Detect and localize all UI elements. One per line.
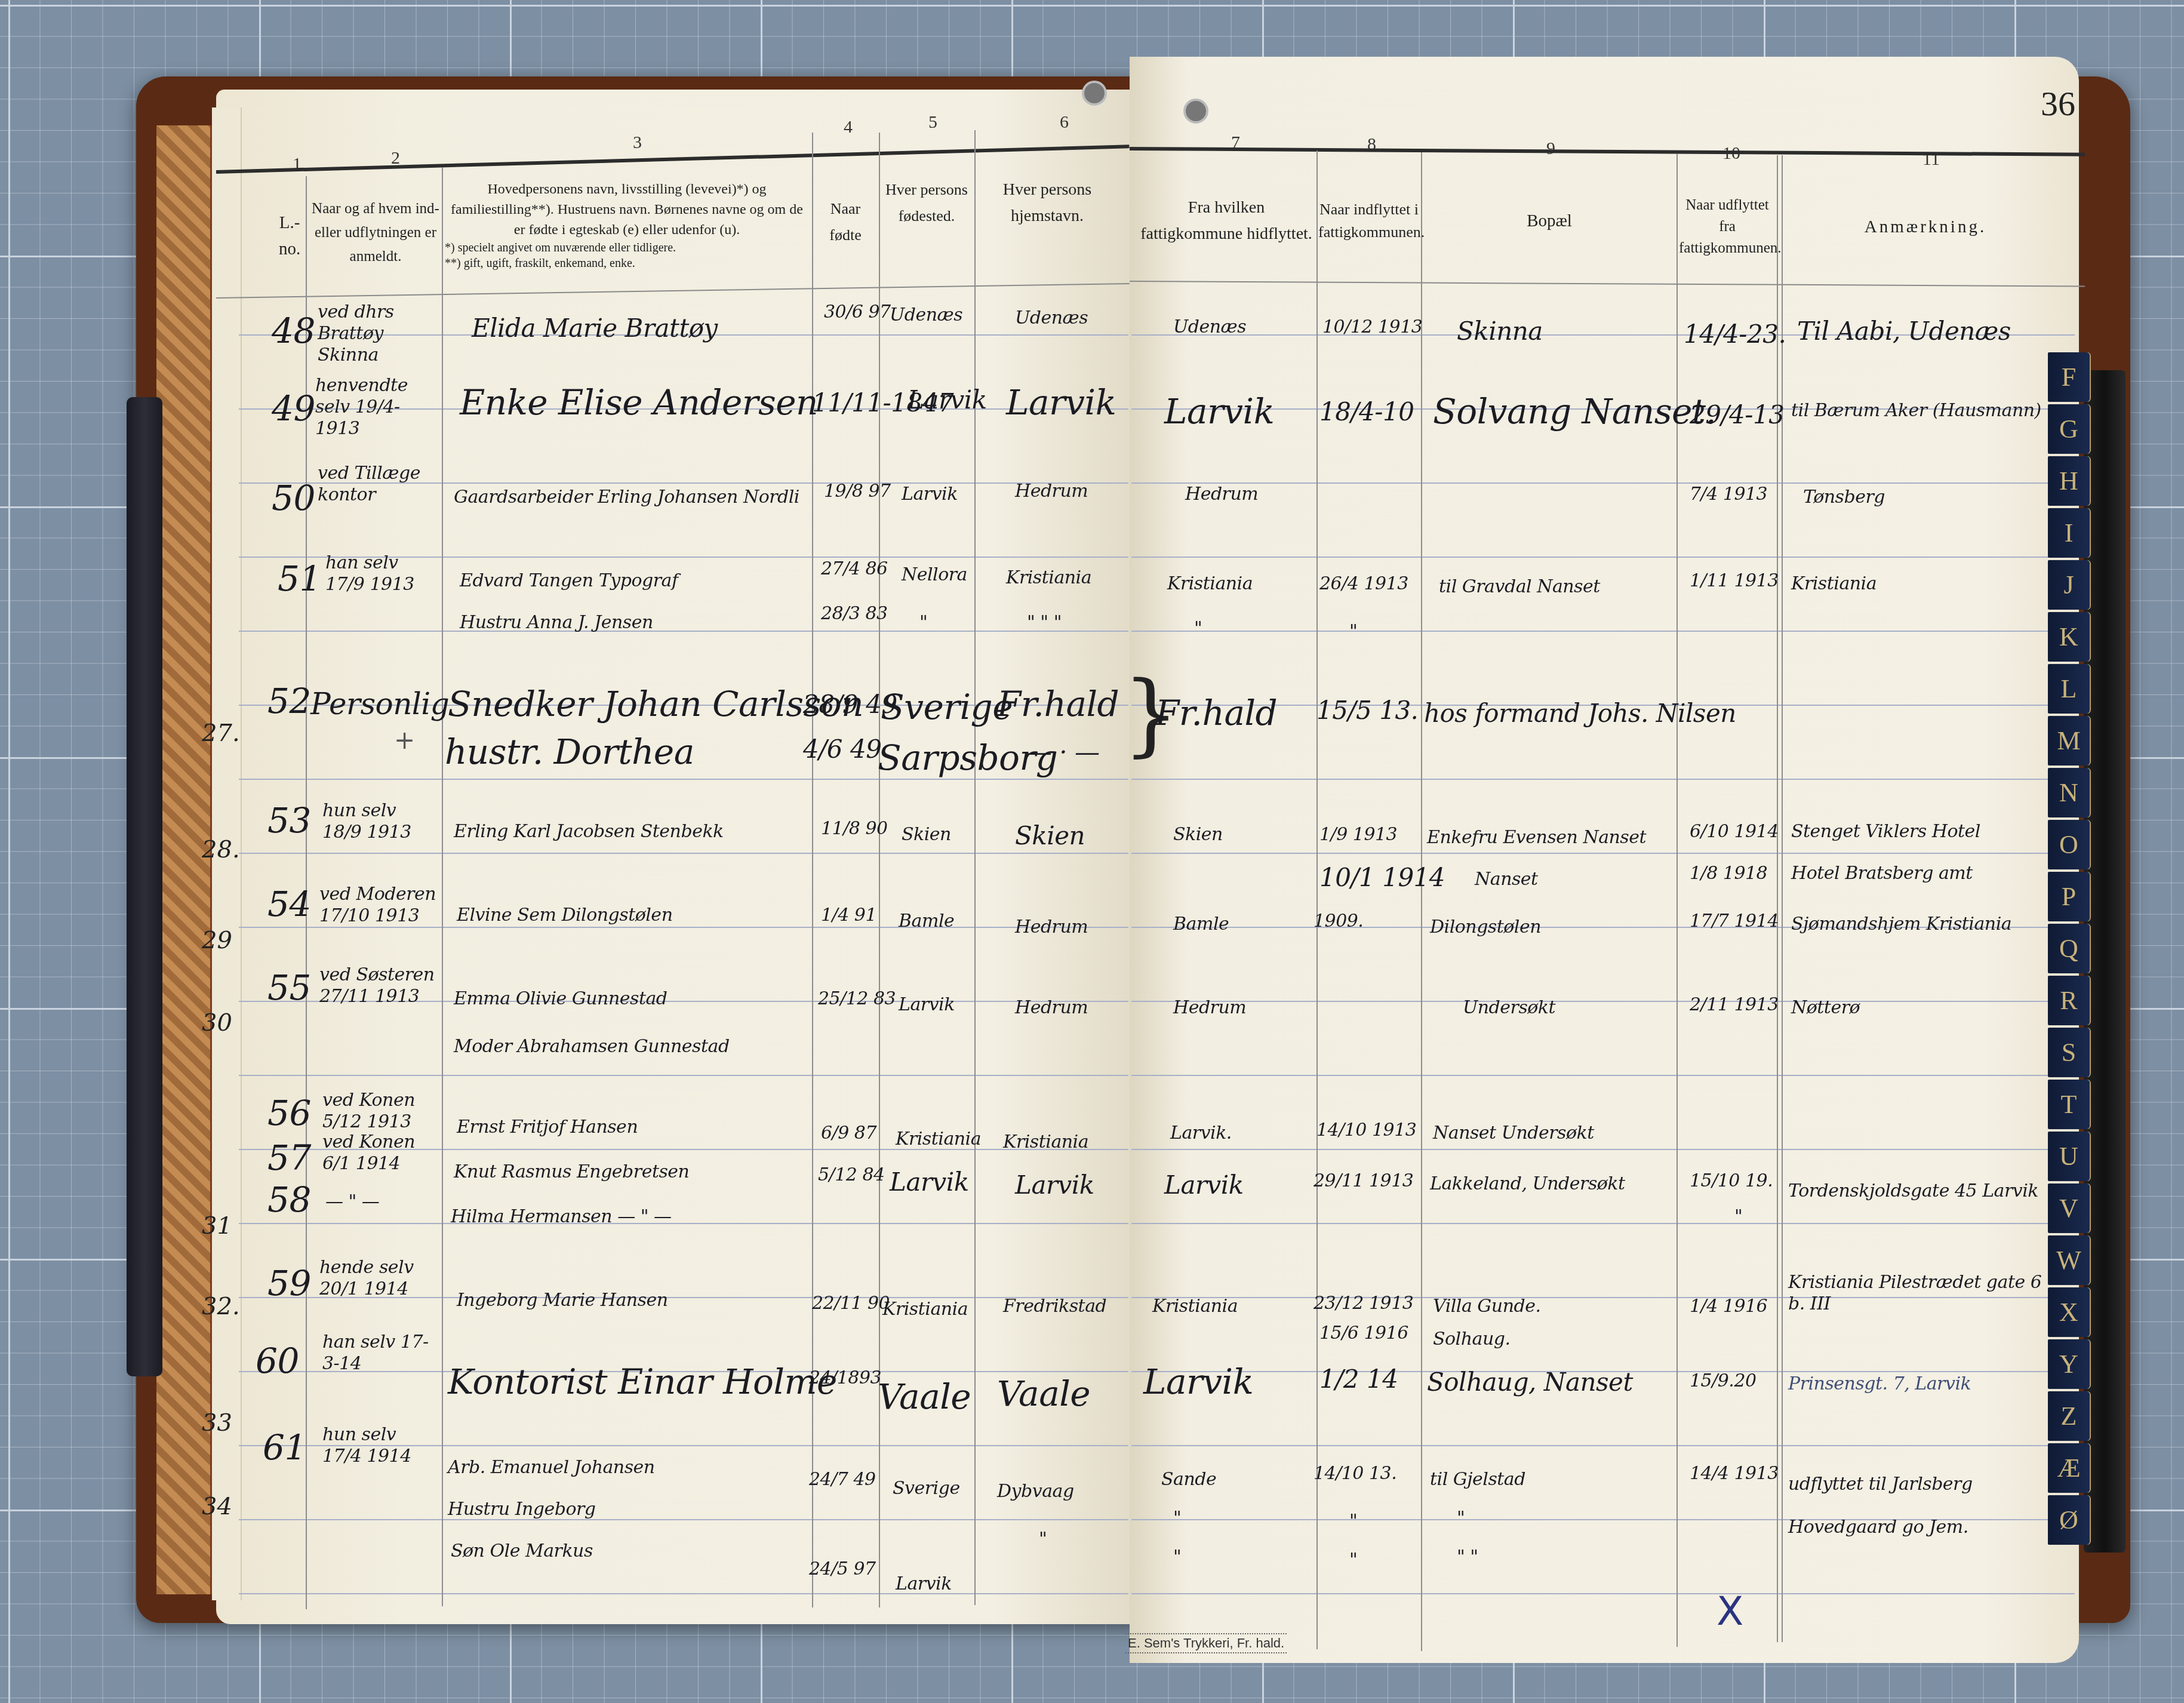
entry-moved-out: 15/10 19. xyxy=(1690,1170,1773,1192)
entry-reported: hende selv 20/1 1914 xyxy=(319,1257,439,1300)
printer-imprint: E. Sem's Trykkeri, Fr. hald. xyxy=(1125,1633,1287,1653)
entry-moved-out-2: 1/8 1918 xyxy=(1690,863,1767,884)
index-tab-l[interactable]: L xyxy=(2048,664,2090,714)
entry-hometown: Vaale xyxy=(997,1373,1090,1414)
margin-number: 34 xyxy=(202,1493,232,1520)
entry-remark: Prinsensgt. 7, Larvik xyxy=(1788,1373,1971,1395)
entry-reported: henvendte selv 19/4-1913 xyxy=(315,375,441,439)
margin-number: 31 xyxy=(202,1212,232,1240)
margin-number: 30 xyxy=(202,1009,232,1037)
entry-born: 11/8 90 xyxy=(821,818,888,840)
margin-number: 28. xyxy=(202,836,240,863)
entry-reported: — " — xyxy=(325,1191,379,1213)
index-tab-x[interactable]: X xyxy=(2048,1287,2090,1337)
entry-residence: Undersøkt xyxy=(1463,997,1555,1019)
entry-moved-in: 15/5 13. xyxy=(1316,696,1418,725)
entry-moved-out: 2/11 1913 xyxy=(1690,994,1779,1016)
entry-birthplace-3: Larvik xyxy=(896,1573,952,1595)
column-divider xyxy=(442,167,443,1606)
entry-no: 53 xyxy=(267,800,311,841)
index-tab-g[interactable]: G xyxy=(2048,404,2090,454)
entry-reported: ved Tillæge kontor xyxy=(318,463,437,506)
entry-residence: til Gjelstad xyxy=(1430,1469,1525,1490)
entry-residence: Skinna xyxy=(1457,316,1543,346)
entry-moved-out: 1/11 1913 xyxy=(1690,570,1779,592)
entry-birthplace: Kristiania xyxy=(882,1299,968,1320)
entry-born: 6/9 87 xyxy=(821,1123,876,1144)
entry-remark: til Bærum Aker (Hausmann) xyxy=(1791,400,2041,422)
entry-name: Hilma Hermansen — " — xyxy=(451,1206,672,1228)
index-tab-k[interactable]: K xyxy=(2048,612,2090,662)
entry-moved-out: 17/7 1914 xyxy=(1690,911,1779,932)
entry-remark: Sjømandshjem Kristiania xyxy=(1791,914,2011,935)
entry-residence: Lakkeland, Undersøkt xyxy=(1430,1173,1625,1195)
entry-born: 30/6 97 xyxy=(824,302,891,323)
index-tab-ae[interactable]: Æ xyxy=(2048,1443,2090,1493)
entry-hometown: Larvik xyxy=(1015,1170,1094,1200)
entry-from: Kristiania xyxy=(1167,573,1253,595)
entry-reported: ved dhrs Brattøy Skinna xyxy=(318,302,437,366)
entry-remark: Stenget Viklers Hotel xyxy=(1791,821,1980,843)
entry-no: 52 xyxy=(267,681,311,721)
index-tab-y[interactable]: Y xyxy=(2048,1339,2090,1389)
index-tab-j[interactable]: J xyxy=(2048,560,2090,610)
entry-hometown: Hedrum xyxy=(1015,917,1088,938)
header-moved-out: Naar udflyttet fra fattigkommunen. xyxy=(1679,167,1776,287)
entry-name-2: Hustru Anna J. Jensen xyxy=(460,612,653,634)
entry-reported: Personlig xyxy=(310,687,449,721)
entry-reported: hun selv 17/4 1914 xyxy=(322,1424,436,1467)
entry-moved-in: 1/9 1913 xyxy=(1319,824,1397,846)
entry-hometown: Fr.hald xyxy=(997,684,1119,724)
entry-born-2: 4/6 49 xyxy=(803,734,881,764)
index-tab-m[interactable]: M xyxy=(2048,716,2090,766)
entry-no: 61 xyxy=(263,1427,306,1468)
entry-from: Udenæs xyxy=(1173,316,1246,338)
index-tab-i[interactable]: I xyxy=(2048,508,2090,558)
entry-birthplace: Larvik xyxy=(890,1167,969,1197)
entry-birthplace: Larvik xyxy=(902,484,958,505)
entry-no: 50 xyxy=(272,478,315,518)
index-tab-v[interactable]: V xyxy=(2048,1184,2090,1233)
margin-number: 32. xyxy=(202,1293,240,1320)
entry-remark: Tønsberg xyxy=(1803,487,1885,508)
entry-moved-out: 29/4-13 xyxy=(1690,400,1784,429)
entry-reported: ved Søsteren 27/11 1913 xyxy=(319,964,439,1007)
entry-remark: udflyttet til Jarlsberg Hovedgaard go Je… xyxy=(1788,1463,2045,1549)
entry-hometown-2: " " " xyxy=(1027,612,1062,634)
entry-from: Hedrum xyxy=(1173,997,1246,1019)
entry-birthplace: Sverige xyxy=(893,1478,960,1499)
entry-hometown: Hedrum xyxy=(1015,481,1088,502)
entry-reported: ved Konen 5/12 1913 xyxy=(322,1090,436,1133)
index-tab-f[interactable]: F xyxy=(2048,352,2090,402)
entry-moved-out: 14/4-23. xyxy=(1684,319,1786,349)
entry-from-2: " xyxy=(1173,1508,1181,1529)
entry-birthplace: Kristiania xyxy=(896,1129,981,1150)
entry-born: 1/4 91 xyxy=(821,905,876,926)
column-number: 5 xyxy=(928,112,937,133)
entry-moved-out: 1/4 1916 xyxy=(1690,1296,1767,1317)
binding-rivet xyxy=(1082,81,1107,106)
index-tab-n[interactable]: N xyxy=(2048,768,2090,817)
entry-hometown-2: " xyxy=(1039,1529,1047,1550)
entry-no: 48 xyxy=(272,311,315,351)
entry-hometown: Larvik xyxy=(1006,382,1116,423)
entry-no: 56 xyxy=(267,1093,311,1133)
entry-birthplace: Sverige xyxy=(881,687,1013,727)
entry-name: Erling Karl Jacobsen Stenbekk xyxy=(454,821,724,843)
index-tab-o[interactable]: O xyxy=(2048,820,2090,869)
header-from-municipality: Fra hvilken fattigkommune hidflyttet. xyxy=(1137,161,1315,281)
entry-name: Knut Rasmus Engebretsen xyxy=(454,1161,689,1183)
entry-no: 54 xyxy=(267,884,311,924)
column-number: 4 xyxy=(844,117,853,137)
entry-moved-out: 6/10 1914 xyxy=(1690,821,1779,843)
column-divider xyxy=(1316,150,1318,1649)
header-hometown: Hver persons hjemstavn. xyxy=(976,143,1119,263)
index-tab-p[interactable]: P xyxy=(2048,872,2090,921)
column-number: 3 xyxy=(633,133,642,153)
entry-moved-in: 23/12 1913 xyxy=(1314,1293,1413,1314)
column-divider xyxy=(1421,152,1422,1651)
column-number: 9 xyxy=(1546,139,1555,159)
entry-from: Hedrum xyxy=(1185,484,1258,505)
entry-name-2: Moder Abrahamsen Gunnestad xyxy=(454,1036,730,1058)
entry-residence: Enkefru Evensen Nanset xyxy=(1427,827,1646,849)
entry-reported: han selv 17-3-14 xyxy=(322,1332,430,1375)
entry-from: Larvik xyxy=(1143,1361,1253,1402)
page-number: 36 xyxy=(2041,84,2075,124)
entry-name: Edvard Tangen Typograf xyxy=(460,570,678,592)
entry-residence-2: Nanset xyxy=(1475,869,1538,890)
index-tab-u[interactable]: U xyxy=(2048,1132,2090,1181)
index-tab-h[interactable]: H xyxy=(2048,456,2090,506)
entry-name: Ernst Fritjof Hansen xyxy=(457,1117,638,1138)
entry-no: 51 xyxy=(278,558,321,599)
entry-name: Arb. Emanuel Johansen xyxy=(448,1457,655,1478)
entry-birthplace: Udenæs xyxy=(890,305,962,326)
entry-moved-in: 14/10 13. xyxy=(1314,1463,1396,1484)
entry-remark: Nøtterø xyxy=(1791,997,1860,1019)
entry-moved-in: 18/4-10 xyxy=(1319,397,1414,426)
entry-from: Bamle xyxy=(1173,914,1229,935)
entry-no: 58 xyxy=(267,1179,311,1220)
header-born: Naar fødte xyxy=(813,156,878,288)
ruled-lines-right xyxy=(1131,299,2075,1648)
entry-moved-in: 1/2 14 xyxy=(1319,1364,1398,1394)
column-number: 6 xyxy=(1060,112,1069,133)
entry-residence-2: Solhaug. xyxy=(1433,1329,1510,1350)
entry-moved-in-2: 15/6 1916 xyxy=(1319,1323,1408,1344)
entry-moved-in: 29/11 1913 xyxy=(1314,1170,1413,1192)
entry-birthplace: Larvik xyxy=(899,994,955,1016)
entry-name: Kontorist Einar Holme xyxy=(448,1361,837,1402)
entry-born-3: 24/5 97 xyxy=(809,1558,876,1580)
entry-remark: Tordenskjoldsgate 45 Larvik xyxy=(1788,1170,2057,1212)
cross-mark: X xyxy=(1717,1588,1743,1634)
entry-birthplace-2: " xyxy=(919,612,927,634)
entry-hometown: Udenæs xyxy=(1015,308,1088,329)
entry-from-3: " xyxy=(1173,1547,1181,1568)
header-reported: Naar og af hvem ind- eller udflytningen … xyxy=(309,173,442,293)
entry-residence-2: " xyxy=(1457,1508,1465,1529)
entry-moved-in-3: " xyxy=(1349,1550,1357,1571)
index-tab-s[interactable]: S xyxy=(2048,1028,2090,1077)
entry-name: Enke Elise Andersen xyxy=(460,382,818,423)
entry-moved-out: 15/9.20 xyxy=(1690,1370,1757,1392)
entry-name: Elida Marie Brattøy xyxy=(472,313,718,343)
entry-born: 27/4 86 xyxy=(821,558,888,580)
entry-remark-2: Hotel Bratsberg amt xyxy=(1791,863,1973,884)
spine-ribbon-right xyxy=(2084,370,2125,1553)
entry-moved-in: 14/10 1913 xyxy=(1316,1120,1416,1141)
entry-moved-in: 1909. xyxy=(1314,911,1363,932)
entry-born: 25/12 83 xyxy=(818,988,896,1010)
header-moved-in: Naar indflyttet i fattigkommunen. xyxy=(1318,161,1420,281)
entry-from-2: " xyxy=(1194,618,1202,640)
entry-hometown: Hedrum xyxy=(1015,997,1088,1019)
entry-name-3: Søn Ole Markus xyxy=(451,1541,593,1562)
entry-moved-out: 14/4 1913 xyxy=(1690,1463,1779,1484)
index-tab-t[interactable]: T xyxy=(2048,1080,2090,1129)
entry-hometown-2: — · — xyxy=(1027,737,1100,767)
margin-number: 29 xyxy=(202,927,232,954)
margin-number: 33 xyxy=(202,1409,232,1437)
entry-from: Sande xyxy=(1161,1469,1216,1490)
entry-residence: Solhaug, Nanset xyxy=(1427,1367,1633,1397)
entry-from: Kristiania xyxy=(1152,1296,1238,1317)
index-tab-w[interactable]: W xyxy=(2048,1235,2090,1285)
entry-moved-in: 26/4 1913 xyxy=(1319,573,1408,595)
entry-from: Larvik xyxy=(1164,391,1274,432)
entry-remark: Kristiania Pilestrædet gate 6 b. III xyxy=(1788,1272,2051,1315)
index-tab-z[interactable]: Z xyxy=(2048,1391,2090,1441)
index-tab-r[interactable]: R xyxy=(2048,976,2090,1025)
entry-moved-in-2: " xyxy=(1349,621,1357,643)
plus-mark: + xyxy=(394,726,415,755)
entry-no: 59 xyxy=(267,1263,311,1304)
header-name: Hovedpersonens navn, livsstilling (levev… xyxy=(445,156,809,294)
entry-born: 19/8 97 xyxy=(824,481,891,502)
entry-born: 22/11 90 xyxy=(812,1293,890,1314)
entry-hometown: Fredrikstad xyxy=(1003,1296,1106,1317)
entry-from: Larvik xyxy=(1164,1170,1244,1200)
entry-reported: ved Moderen 17/10 1913 xyxy=(319,884,439,927)
index-tab-oe[interactable]: Ø xyxy=(2048,1495,2090,1545)
entry-born: 24/1893 xyxy=(809,1367,881,1389)
entry-no: 60 xyxy=(256,1341,299,1381)
entry-name: Ingeborg Marie Hansen xyxy=(457,1290,668,1311)
binding-rivet xyxy=(1183,99,1208,124)
entry-name-2: Hustru Ingeborg xyxy=(448,1499,596,1520)
entry-residence-3: " " xyxy=(1457,1547,1478,1568)
header-residence: Bopæl xyxy=(1424,161,1675,281)
header-remarks: Anmærkning. xyxy=(1782,167,2069,287)
column-divider xyxy=(974,130,976,1605)
entry-no: 49 xyxy=(272,388,315,429)
header-lno: L.-no. xyxy=(269,179,310,293)
entry-moved-in-2: 10/1 1914 xyxy=(1319,863,1445,892)
entry-name: Gaardsarbeider Erling Johansen Nordli xyxy=(454,487,799,508)
entry-residence: Solvang Nanset. xyxy=(1433,391,1716,432)
entry-hometown: Kristiania xyxy=(1006,567,1091,589)
entry-birthplace: Nellora xyxy=(902,564,967,586)
column-divider xyxy=(1777,155,1783,1642)
entry-name-2: hustr. Dorthea xyxy=(445,731,694,772)
column-divider xyxy=(1677,154,1678,1647)
entry-remark: Kristiania xyxy=(1791,573,1877,595)
entry-residence: Villa Gunde. xyxy=(1433,1296,1540,1317)
entry-no: 57 xyxy=(267,1138,311,1178)
entry-hometown: Dybvaag xyxy=(997,1481,1074,1502)
entry-moved-in: 10/12 1913 xyxy=(1322,316,1422,338)
entry-from: Fr.hald xyxy=(1155,693,1277,733)
entry-birthplace: Skien xyxy=(902,824,951,846)
entry-remark: Til Aabi, Udenæs xyxy=(1797,316,2011,346)
entry-no: 55 xyxy=(267,967,311,1008)
ribbon-bookmark-left xyxy=(127,397,162,1376)
entry-from: Skien xyxy=(1173,824,1223,846)
entry-born: 24/7 49 xyxy=(809,1469,876,1490)
entry-born: 5/12 84 xyxy=(818,1164,885,1186)
margin-number: 27. xyxy=(202,720,240,747)
entry-residence: Nanset Undersøkt xyxy=(1433,1123,1594,1144)
entry-moved-out: " xyxy=(1734,1206,1742,1228)
entry-reported: hun selv 18/9 1913 xyxy=(322,800,436,843)
entry-residence: til Gravdal Nanset xyxy=(1439,576,1600,598)
index-tab-q[interactable]: Q xyxy=(2048,924,2090,973)
entry-reported: ved Konen 6/1 1914 xyxy=(322,1132,436,1175)
entry-residence: hos formand Johs. Nilsen xyxy=(1424,699,1736,728)
entry-moved-in-2: " xyxy=(1349,1511,1357,1532)
header-birthplace: Hver persons fødested. xyxy=(880,143,973,263)
entry-moved-out: 7/4 1913 xyxy=(1690,484,1767,505)
entry-birthplace: Bamle xyxy=(899,911,954,932)
entry-name: Emma Olivie Gunnestad xyxy=(454,988,667,1010)
alphabet-index-tabs: F G H I J K L M N O P Q R S T U V W X Y … xyxy=(2048,352,2090,1547)
entry-hometown: Kristiania xyxy=(1003,1132,1088,1153)
entry-born-2: 28/3 83 xyxy=(821,603,888,625)
entry-name: Elvine Sem Dilongstølen xyxy=(457,905,672,926)
entry-hometown: Skien xyxy=(1015,821,1085,850)
entry-from: Larvik. xyxy=(1170,1123,1232,1144)
entry-name: Snedker Johan Carlsson xyxy=(448,684,863,724)
entry-residence: Dilongstølen xyxy=(1430,917,1541,938)
entry-reported: han selv 17/9 1913 xyxy=(325,552,439,595)
entry-birthplace: Vaale xyxy=(878,1376,971,1417)
entry-birthplace: Larvik xyxy=(908,385,987,414)
